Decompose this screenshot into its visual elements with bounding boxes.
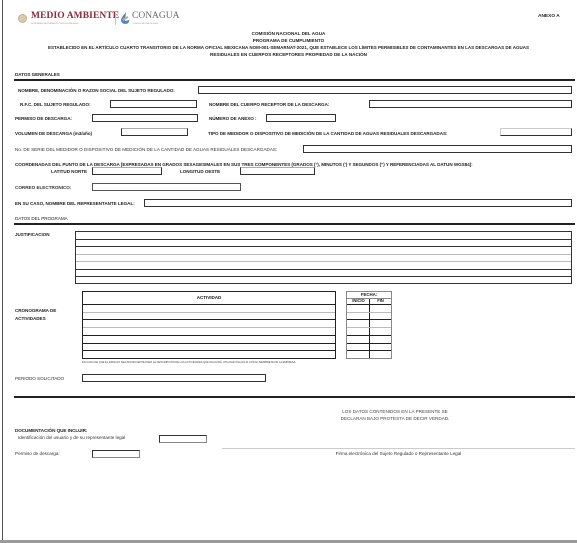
rfc-field[interactable] [110, 100, 197, 108]
firma-label: Firma electrónica del Sujeto Regulado o … [222, 451, 575, 456]
medio-ambiente-subtitle: SECRETARÍA DE MEDIO AMBIENTE Y RECURSOS … [31, 24, 79, 25]
fin-cell[interactable] [370, 328, 391, 335]
serie-field[interactable] [303, 145, 572, 153]
justificacion-label: JUSTIFICACION [15, 232, 50, 237]
latitud-label: LATITUD NORTE [51, 169, 87, 174]
cuerpo-receptor-field[interactable] [369, 100, 572, 108]
actividad-row[interactable] [83, 319, 335, 327]
fecha-row [347, 312, 391, 320]
actividad-row[interactable] [83, 343, 335, 351]
justificacion-line[interactable] [76, 255, 571, 263]
declaracion-line-2: DECLARAN BAJO PROTESTA DE DECIR VERDAD. [320, 416, 470, 421]
anexo-field[interactable] [266, 114, 336, 122]
correo-label: CORREO ELECTRONICO: [15, 185, 71, 190]
fin-cell[interactable] [370, 305, 391, 312]
representante-label: EN SU CASO, NOMBRE DEL REPRESENTANTE LEG… [15, 201, 135, 206]
fecha-row [347, 335, 391, 343]
fecha-row [347, 343, 391, 351]
conagua-subtitle: COMISIÓN NACIONAL DEL AGUA [133, 24, 158, 25]
longitud-field[interactable] [240, 167, 315, 175]
declaracion-line-1: LOS DATOS CONTENIDOS EN LA PRESENTE SE [320, 409, 470, 414]
fin-cell[interactable] [370, 313, 391, 320]
compliance-form-page: MEDIO AMBIENTE SECRETARÍA DE MEDIO AMBIE… [0, 0, 577, 543]
actividad-row[interactable] [83, 327, 335, 335]
fin-cell[interactable] [370, 344, 391, 351]
tipo-medidor-field[interactable] [500, 128, 572, 136]
justificacion-line[interactable] [76, 247, 571, 255]
anexo-label: NÚMERO DE ANEXO : [209, 116, 256, 121]
conagua-logo: CONAGUA [132, 11, 180, 21]
justificacion-line[interactable] [76, 240, 571, 248]
conagua-drop-icon [120, 12, 130, 24]
permiso-label: PERMISO DE DESCARGA: [15, 116, 72, 121]
tipo-medidor-label: TIPO DE MEDIDOR O DISPOSITIVO DE MEDICIÓ… [208, 131, 447, 136]
permiso-doc-label: Permiso de descarga: [15, 451, 60, 456]
fecha-header-divider [347, 298, 391, 299]
fecha-row [347, 304, 391, 312]
actividad-table: ACTIVIDAD [82, 291, 336, 359]
identificacion-label: Identificación del usuario y de su repre… [18, 435, 125, 440]
title-establecido: ESTABLECIDO EN EL ARTÍCULO CUARTO TRANSI… [0, 45, 577, 50]
periodo-field[interactable] [82, 374, 266, 382]
justificacion-field[interactable] [75, 231, 572, 284]
justificacion-line[interactable] [76, 262, 571, 270]
footer-rule [14, 396, 575, 398]
justificacion-line[interactable] [76, 277, 571, 285]
medio-ambiente-logo: MEDIO AMBIENTE [31, 11, 119, 21]
cronograma-label-2: ACTIVIDADES [15, 316, 46, 321]
nombre-field[interactable] [198, 86, 572, 94]
cuerpo-receptor-label: NOMBRE DEL CUERPO RECEPTOR DE LA DESCARG… [209, 102, 329, 107]
representante-field[interactable] [144, 199, 572, 207]
inicio-cell[interactable] [347, 313, 368, 320]
signature-line [222, 448, 575, 449]
inicio-cell[interactable] [347, 336, 368, 343]
fin-cell[interactable] [370, 336, 391, 343]
rfc-label: R.F.C. DEL SUJETO REGULADO: [20, 102, 90, 107]
identificacion-checkbox[interactable] [159, 435, 207, 443]
volumen-label: VOLUMEN DE DESCARGA (m3/año) [15, 131, 92, 136]
documentacion-title: DOCUMENTACIÓN QUE INCLUIR: [15, 428, 87, 433]
section-datos-generales: DATOS GENERALES [15, 72, 60, 77]
nombre-label: NOMBRE, DENOMINACIÓN O RAZON SOCIAL DEL … [18, 88, 175, 93]
fecha-table: FECHA: INICIO FIN [346, 291, 392, 359]
inicio-cell[interactable] [347, 351, 368, 358]
latitud-field[interactable] [92, 167, 162, 175]
serie-label: No. DE SERIE DEL MEDIDOR O DISPOSITIVO D… [15, 147, 277, 152]
fecha-row [347, 350, 391, 358]
section-datos-programa: DATOS DEL PROGRAMA [15, 216, 68, 221]
permiso-doc-checkbox[interactable] [92, 450, 140, 458]
actividad-row[interactable] [83, 350, 335, 358]
inicio-cell[interactable] [347, 344, 368, 351]
fecha-row [347, 327, 391, 335]
justificacion-line[interactable] [76, 270, 571, 278]
title-residuales: RESIDUALES EN CUERPOS RECEPTORES PROPIED… [0, 52, 577, 57]
annex-label: ANEXO A [538, 14, 560, 19]
logo-separator [115, 13, 116, 25]
fin-cell[interactable] [370, 351, 391, 358]
section-rule [14, 223, 575, 225]
justificacion-line[interactable] [76, 232, 571, 240]
section-rule [14, 79, 575, 81]
cronograma-note: EN CASO DE QUE EL ESPACIO SEA INSUFICIEN… [82, 361, 296, 364]
actividad-header: ACTIVIDAD [83, 295, 335, 300]
permiso-field[interactable] [92, 114, 198, 122]
cronograma-label-1: CRONOGRAMA DE [15, 308, 56, 313]
actividad-row[interactable] [83, 335, 335, 343]
correo-field[interactable] [92, 183, 241, 191]
inicio-cell[interactable] [347, 305, 368, 312]
inicio-cell[interactable] [347, 328, 368, 335]
actividad-row[interactable] [83, 312, 335, 320]
fecha-header: FECHA: [347, 292, 391, 297]
fecha-row [347, 319, 391, 327]
government-seal-icon [18, 14, 27, 23]
periodo-label: PERIODO SOLICITADO [15, 376, 64, 381]
title-comision: COMISIÓN NACIONAL DEL AGUA [0, 31, 577, 36]
actividad-row[interactable] [83, 304, 335, 312]
inicio-cell[interactable] [347, 320, 368, 327]
page-left-border [2, 0, 3, 541]
title-programa: PROGRAMA DE CUMPLIMIENTO [0, 38, 577, 43]
volumen-field[interactable] [121, 128, 188, 136]
longitud-label: LONGITUD OESTE [180, 169, 220, 174]
fin-cell[interactable] [370, 320, 391, 327]
